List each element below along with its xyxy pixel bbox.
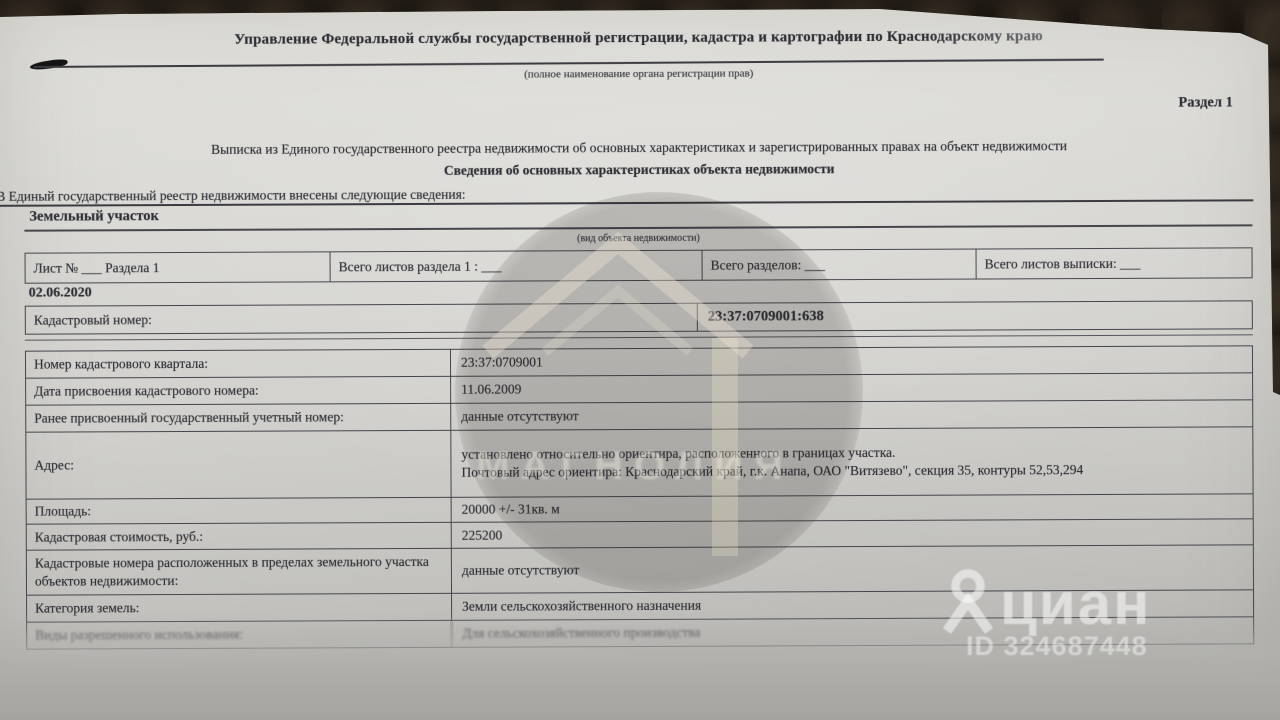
row-label: Кадастровые номера расположенных в преде… [27, 549, 452, 595]
bottom-out-of-focus [0, 612, 1280, 720]
org-name: Управление Федеральной службы государств… [0, 27, 1279, 50]
row-value: 20000 +/- 31кв. м [452, 494, 1253, 521]
total-sheets-cell: Всего листов выписки: ___ [977, 248, 1252, 278]
row-value: 23:37:0709001 [451, 346, 1252, 375]
object-type: Земельный участок [29, 208, 159, 226]
horizontal-rule [25, 334, 1253, 341]
row-label: Площадь: [27, 498, 452, 524]
characteristics-table: Номер кадастрового квартала: 23:37:07090… [25, 345, 1254, 649]
section-label: Раздел 1 [1178, 94, 1233, 111]
row-label: Адрес: [26, 431, 451, 499]
row-label: Кадастровая стоимость, руб.: [27, 523, 452, 550]
row-value: данные отсутствуют [451, 400, 1252, 429]
row-value: 11.06.2009 [451, 373, 1252, 402]
document-title-line1: Выписка из Единого государственного реес… [39, 137, 1239, 158]
org-caption: (полное наименование органа регистрации … [0, 65, 1279, 83]
total-sections-cell: Всего разделов: ___ [703, 250, 977, 280]
cadastral-number-label: Кадастровый номер: [26, 304, 698, 334]
row-label: Ранее присвоенный государственный учетны… [26, 404, 451, 432]
row-value: данные отсутствуют [452, 545, 1253, 592]
photographed-document: Управление Федеральной службы государств… [0, 0, 1280, 720]
row-value: установлено относительно ориентира, расп… [451, 427, 1252, 496]
cadastral-number-row: Кадастровый номер: 23:37:0709001:638 [25, 300, 1253, 334]
ink-mark [29, 58, 68, 71]
row-value: 225200 [452, 519, 1253, 547]
sheets-row: Лист № ___ Раздела 1 Всего листов раздел… [25, 247, 1253, 283]
table-row: Адрес: установлено относительно ориентир… [26, 427, 1252, 499]
document-date: 02.06.2020 [29, 285, 92, 301]
sheet-number-cell: Лист № ___ Раздела 1 [26, 252, 331, 282]
table-row: Кадастровые номера расположенных в преде… [27, 545, 1253, 595]
document-title-line2: Сведения об основных характеристиках объ… [39, 159, 1239, 180]
row-label: Номер кадастрового квартала: [26, 350, 451, 378]
cadastral-number-value: 23:37:0709001:638 [698, 301, 1252, 330]
row-label: Дата присвоения кадастрового номера: [26, 377, 451, 405]
object-type-caption: (вид объекта недвижимости) [24, 230, 1252, 246]
section-sheets-cell: Всего листов раздела 1 : ___ [331, 251, 703, 282]
